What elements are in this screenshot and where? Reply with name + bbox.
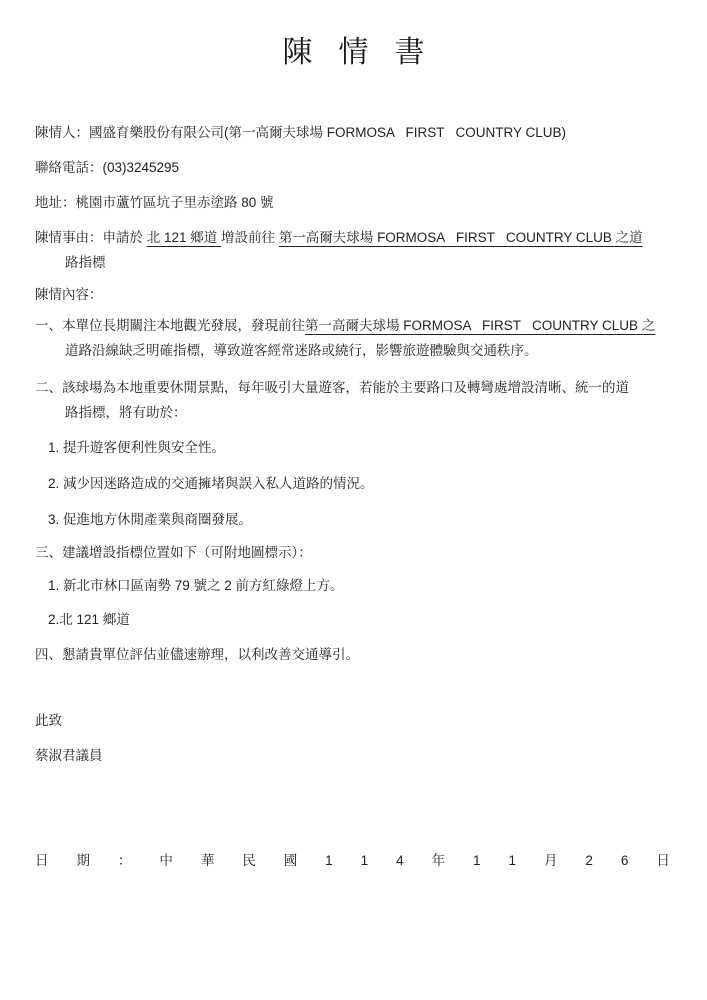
subject-middle: 增設前往 [221,230,279,245]
paragraph-3: 三、建議增設指標位置如下（可附地圖標示）： [35,540,672,565]
subject-line: 陳情事由：申請於 北 121 鄉道 增設前往 第一高爾夫球場 FORMOSA F… [35,225,672,275]
date-token: 華 [201,848,215,873]
date-line: 日期：中華民國114年11月26日 [35,848,672,873]
location-item-1: 1. 新北市林口區南勢 79 號之 2 前方紅綠燈上方。 [35,573,672,598]
paragraph-4: 四、懇請貴單位評估並儘速辦理，以利改善交通導引。 [35,642,672,667]
date-token: 年 [432,848,446,873]
date-token: 1 [361,848,369,873]
date-token: 1 [473,848,481,873]
subject-underline-destination: 第一高爾夫球場 FORMOSA FIRST COUNTRY CLUB 之道 [279,230,643,245]
location-item-2: 2.北 121 鄉道 [35,607,672,632]
date-token: 民 [242,848,256,873]
document-title: 陳情書 [35,34,672,72]
content-label: 陳情內容： [35,282,672,307]
date-token: 6 [621,848,629,873]
paragraph-1-line2: 道路沿線缺乏明確指標，導致遊客經常迷路或繞行，影響旅遊體驗與交通秩序。 [65,343,538,358]
subject-prefix: 陳情事由：申請於 [35,230,147,245]
petition-document-page: 陳情書 陳情人：國盛育樂股份有限公司(第一高爾夫球場 FORMOSA FIRST… [0,0,707,1000]
date-token: 期 [76,848,90,873]
date-token: 月 [544,848,558,873]
date-token: 中 [159,848,173,873]
subject-line2: 路指標 [65,255,106,270]
paragraph-1-underline: 第一高爾夫球場 FORMOSA FIRST COUNTRY CLUB 之 [305,318,655,333]
date-token: 日 [656,848,670,873]
date-token: 1 [325,848,333,873]
subject-underline-road: 北 121 鄉道 [147,230,221,245]
paragraph-1: 一、本單位長期關注本地觀光發展，發現前往第一高爾夫球場 FORMOSA FIRS… [35,313,672,363]
closing-recipient: 蔡淑君議員 [35,743,672,768]
paragraph-2-line1: 二、該球場為本地重要休閒景點，每年吸引大量遊客，若能於主要路口及轉彎處增設清晰、… [35,380,629,395]
date-token: 2 [585,848,593,873]
paragraph-1-prefix: 一、本單位長期關注本地觀光發展，發現前往 [35,318,305,333]
petitioner-line: 陳情人：國盛育樂股份有限公司(第一高爾夫球場 FORMOSA FIRST COU… [35,120,672,145]
date-token: ： [118,848,132,873]
date-token: 日 [35,848,49,873]
date-token: 4 [396,848,404,873]
closing-salute: 此致 [35,708,672,733]
phone-line: 聯絡電話：(03)3245295 [35,155,672,180]
benefit-item-1: 1. 提升遊客便利性與安全性。 [35,435,672,460]
paragraph-2: 二、該球場為本地重要休閒景點，每年吸引大量遊客，若能於主要路口及轉彎處增設清晰、… [35,375,672,425]
address-line: 地址：桃園市蘆竹區坑子里赤塗路 80 號 [35,190,672,215]
benefit-item-3: 3. 促進地方休閒產業與商圈發展。 [35,507,672,532]
benefit-item-2: 2. 減少因迷路造成的交通擁堵與誤入私人道路的情況。 [35,471,672,496]
date-token: 國 [284,848,298,873]
paragraph-2-line2: 路指標，將有助於： [65,405,187,420]
date-token: 1 [509,848,517,873]
